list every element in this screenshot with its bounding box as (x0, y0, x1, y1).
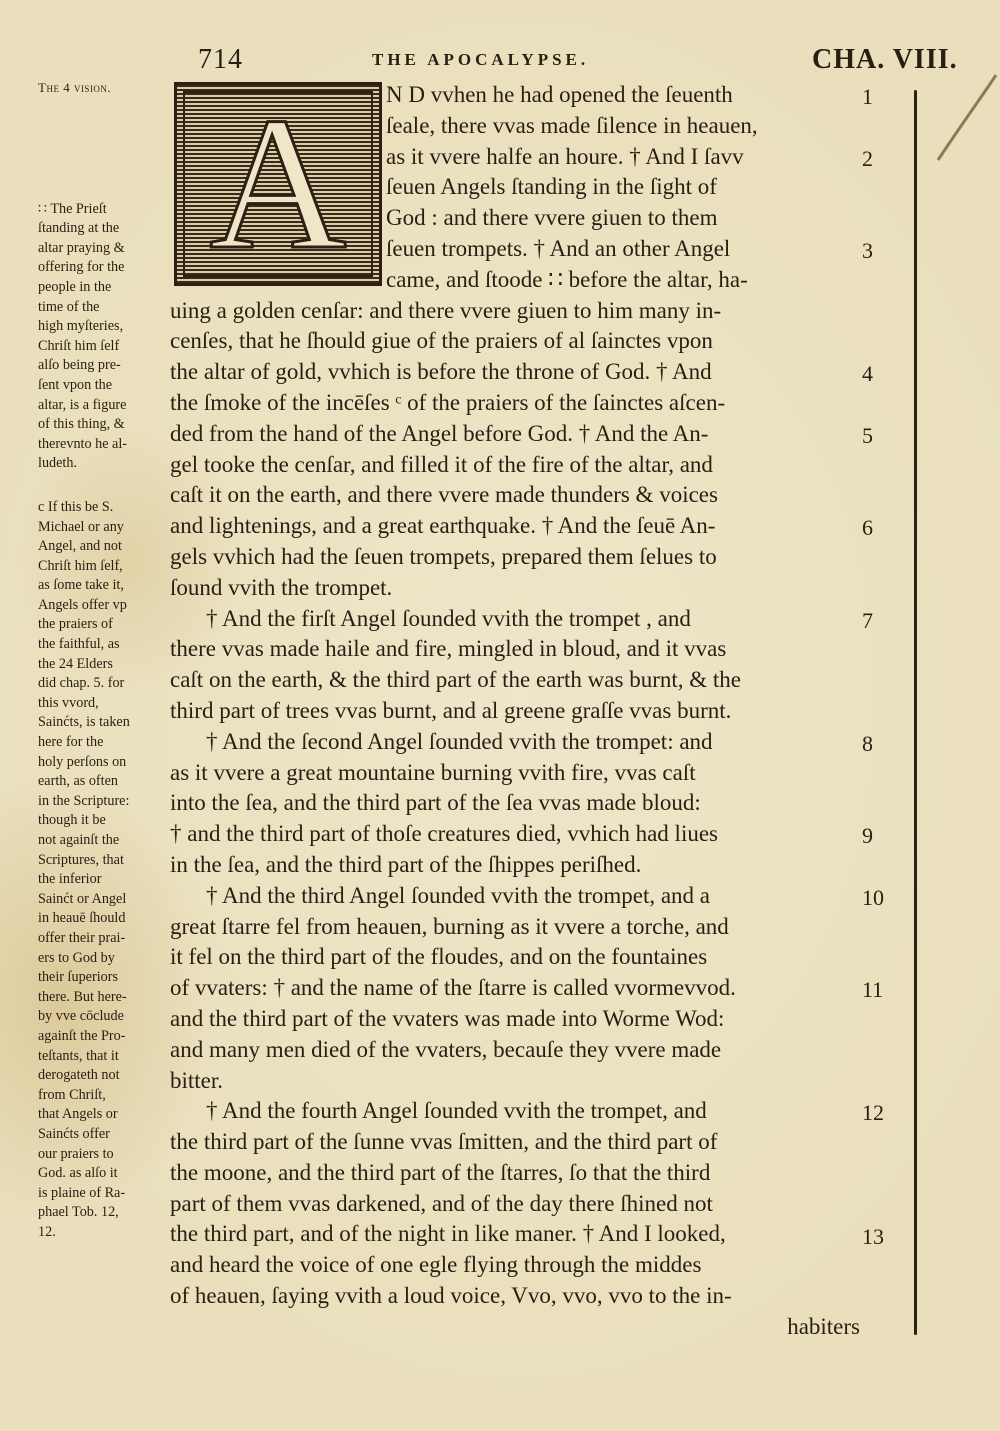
text-line: part of them vvas darkened, and of the d… (170, 1189, 860, 1220)
verse-number: 4 (862, 361, 873, 387)
text-line: and many men died of the vvaters, becauſ… (170, 1035, 860, 1066)
margin-note-line: in heauē ſhould (38, 909, 164, 929)
margin-note-line: c If this be S. (38, 498, 164, 518)
margin-note-line: of this thing, & (38, 415, 164, 435)
margin-note-line: Chriſt him ſelf, (38, 557, 164, 577)
margin-note-line: ers to God by (38, 949, 164, 969)
vision-label: The 4 vision. (38, 78, 164, 98)
margin-note-line: though it be (38, 811, 164, 831)
margin-note-line: derogateth not (38, 1066, 164, 1086)
margin-note-line: is plaine of Ra- (38, 1184, 164, 1204)
margin-note-line: Scriptures, that (38, 851, 164, 871)
verse-number: 11 (862, 977, 883, 1003)
margin-note-line: the 24 Elders (38, 655, 164, 675)
margin-note-line: alſo being pre- (38, 356, 164, 376)
text-line: bitter. (170, 1066, 860, 1097)
text-line: the third part of the ſunne vvas ſmitten… (170, 1127, 860, 1158)
margin-notes: The 4 vision. ∷ The Prieſtſtanding at th… (38, 78, 164, 1242)
margin-note-line: ſent vpon the (38, 376, 164, 396)
margin-note-line: Chriſt him ſelf (38, 337, 164, 357)
text-line: came, and ſtoode ∷ before the altar, ha- (170, 265, 860, 296)
margin-note-line: our praiers to (38, 1145, 164, 1165)
text-line: of vvaters: † and the name of the ſtarre… (170, 973, 860, 1004)
margin-note-line: their ſuperiors (38, 968, 164, 988)
verse-number: 1 (862, 84, 873, 110)
margin-note-line: did chap. 5. for (38, 674, 164, 694)
text-line: † And the ſecond Angel ſounded vvith the… (170, 727, 860, 758)
running-title: THE APOCALYPSE. (372, 50, 589, 70)
verse-number: 12 (862, 1100, 884, 1126)
text-line: cenſes, that he ſhould giue of the praie… (170, 326, 860, 357)
text-line: ſeuen trompets. † And an other Angel (170, 234, 860, 265)
verse-number: 13 (862, 1224, 884, 1250)
text-line: ſeale, there vvas made ſilence in heauen… (170, 111, 860, 142)
margin-note-line: here for the (38, 733, 164, 753)
verse-number: 7 (862, 608, 873, 634)
text-line: as it vvere halfe an houre. † And I ſavv (170, 142, 860, 173)
verse-number: 8 (862, 731, 873, 757)
text-line: God : and there vvere giuen to them (170, 203, 860, 234)
text-line: caſt it on the earth, and there vvere ma… (170, 480, 860, 511)
text-line: † and the third part of thoſe creatures … (170, 819, 860, 850)
verse-number: 10 (862, 885, 884, 911)
margin-note-line: offering for the (38, 258, 164, 278)
margin-note-line: not againſt the (38, 831, 164, 851)
margin-note-line: teſtants, that it (38, 1047, 164, 1067)
margin-note-line: that Angels or (38, 1105, 164, 1125)
text-line: it fel on the third part of the floudes,… (170, 942, 860, 973)
text-line: † And the third Angel ſounded vvith the … (170, 881, 860, 912)
margin-note-line: in the Scripture: (38, 792, 164, 812)
text-line: in the ſea, and the third part of the ſh… (170, 850, 860, 881)
text-line: the third part, and of the night in like… (170, 1219, 860, 1250)
margin-note-line: from Chriſt, (38, 1086, 164, 1106)
text-line: ſound vvith the trompet. (170, 573, 860, 604)
margin-note-line: altar, is a figure (38, 396, 164, 416)
book-page: 714 THE APOCALYPSE. CHA. VIII. The 4 vis… (0, 0, 1000, 1431)
text-line: of heauen, ſaying vvith a loud voice, Vv… (170, 1281, 860, 1312)
text-line: ſeuen Angels ſtanding in the ſight of (170, 172, 860, 203)
paper-crease-mark (928, 70, 998, 170)
text-line: N D vvhen he had opened the ſeuenth (170, 80, 860, 111)
text-line: caſt on the earth, & the third part of t… (170, 665, 860, 696)
margin-note-line: therevnto he al- (38, 435, 164, 455)
margin-note-line: this vvord, (38, 694, 164, 714)
text-line: gel tooke the cenſar, and filled it of t… (170, 450, 860, 481)
text-line: gels vvhich had the ſeuen trompets, prep… (170, 542, 860, 573)
verse-number: 5 (862, 423, 873, 449)
text-line: and heard the voice of one egle flying t… (170, 1250, 860, 1281)
text-line: the altar of gold, vvhich is before the … (170, 357, 860, 388)
verse-number: 3 (862, 238, 873, 264)
text-line: the ſmoke of the incēſes ᶜ of the praier… (170, 388, 860, 419)
verse-number: 6 (862, 515, 873, 541)
margin-note-line: there. But here- (38, 988, 164, 1008)
text-line: † And the fourth Angel ſounded vvith the… (170, 1096, 860, 1127)
margin-note-line: earth, as often (38, 772, 164, 792)
page-number: 714 (198, 44, 243, 76)
margin-note-line: offer their prai- (38, 929, 164, 949)
margin-note-line: Michael or any (38, 518, 164, 538)
text-line: and lightenings, and a great earthquake.… (170, 511, 860, 542)
margin-note-line: Sainćts offer (38, 1125, 164, 1145)
margin-note-line: ∷ The Prieſt (38, 200, 164, 220)
margin-note-line: high myſteries, (38, 317, 164, 337)
margin-note-line: ludeth. (38, 454, 164, 474)
text-line: uing a golden cenſar: and there vvere gi… (170, 296, 860, 327)
text-line: into the ſea, and the third part of the … (170, 788, 860, 819)
text-line: third part of trees vvas burnt, and al g… (170, 696, 860, 727)
margin-note-line: time of the (38, 298, 164, 318)
margin-note-line: 12. (38, 1223, 164, 1243)
text-line: and the third part of the vvaters was ma… (170, 1004, 860, 1035)
text-line: † And the firſt Angel ſounded vvith the … (170, 604, 860, 635)
margin-note-line: againſt the Pro- (38, 1027, 164, 1047)
margin-note-line: holy perſons on (38, 753, 164, 773)
margin-note-line: Sainćts, is taken (38, 713, 164, 733)
text-line: habiters (170, 1312, 860, 1343)
margin-note-line: the faithful, as (38, 635, 164, 655)
text-line: great ſtarre fel from heauen, burning as… (170, 912, 860, 943)
margin-note-line: altar praying & (38, 239, 164, 259)
margin-note-angels: c If this be S.Michael or anyAngel, and … (38, 498, 164, 1243)
main-text-column: N D vvhen he had opened the ſeuenthſeale… (170, 80, 860, 1343)
margin-note-line: Angels offer vp (38, 596, 164, 616)
margin-note-line: by vve cōclude (38, 1007, 164, 1027)
margin-note-line: God. as alſo it (38, 1164, 164, 1184)
margin-note-line: Sainćt or Angel (38, 890, 164, 910)
margin-note-line: the inferior (38, 870, 164, 890)
margin-note-line: ſtanding at the (38, 219, 164, 239)
margin-note-line: as ſome take it, (38, 576, 164, 596)
margin-note-line: people in the (38, 278, 164, 298)
verse-number: 2 (862, 146, 873, 172)
margin-note-line: the praiers of (38, 615, 164, 635)
text-line: ded from the hand of the Angel before Go… (170, 419, 860, 450)
margin-note-line: phael Tob. 12, (38, 1203, 164, 1223)
margin-note-line: Angel, and not (38, 537, 164, 557)
text-line: there vvas made haile and fire, mingled … (170, 634, 860, 665)
verse-number: 9 (862, 823, 873, 849)
vertical-rule (914, 90, 917, 1335)
margin-note-priest: ∷ The Prieſtſtanding at thealtar praying… (38, 200, 164, 474)
text-line: as it vvere a great mountaine burning vv… (170, 758, 860, 789)
text-line: the moone, and the third part of the ſta… (170, 1158, 860, 1189)
